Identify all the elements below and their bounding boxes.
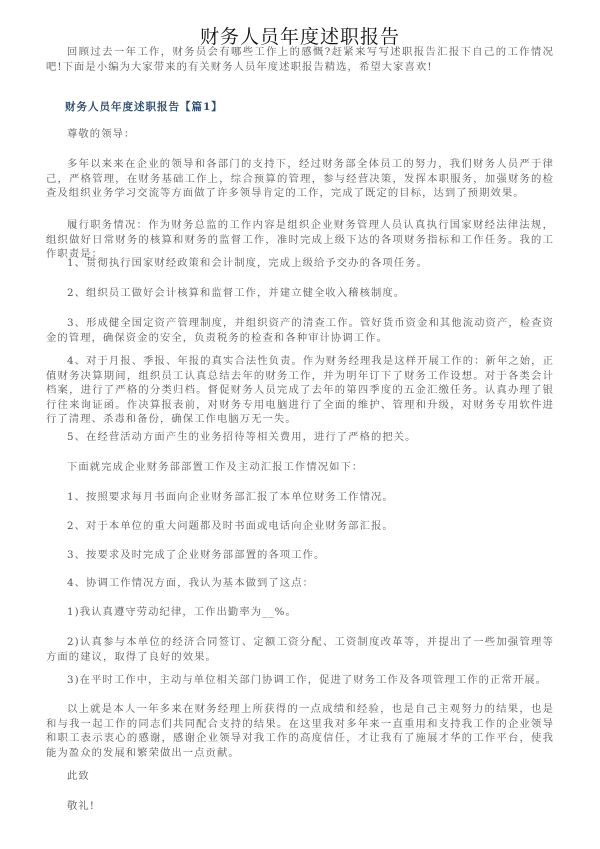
report-item-4: 4、协调工作情况方面，我认为基本做到了这点： (46, 576, 554, 591)
paragraph-summary: 多年以来来在企业的领导和各部门的支持下，经过财务部全体员工的努力，我们财务人员严… (46, 157, 554, 201)
duty-item-1: 1、贯彻执行国家财经政策和会计制度，完成上级给予交办的各项任务。 (46, 256, 554, 271)
report-item-1: 1、按照要求每月书面向企业财务部汇报了本单位财务工作情况。 (46, 490, 554, 505)
report-item-3: 3、按要求及时完成了企业财务部部置的各项工作。 (46, 548, 554, 563)
intro-paragraph: 回顾过去一年工作，财务员会有哪些工作上的感慨?赶紧来写写述职报告汇报下自己的工作… (46, 45, 554, 74)
coordination-item-2: 2)认真参与本单位的经济合同签订、定额工资分配、工资制度改革等，并提出了一些加强… (46, 635, 554, 664)
closing-line-2: 敬礼! (46, 799, 554, 814)
duty-item-4: 4、对于月报、季报、年报的真实合法性负责。作为财务经理我是这样开展工作的：新年之… (46, 354, 554, 427)
closing-line-1: 此致 (46, 769, 554, 784)
salutation: 尊敬的领导： (46, 127, 554, 142)
duty-item-3: 3、形成健全国定资产管理制度，并组织资产的清查工作。管好货币资金和其他流动资产，… (46, 316, 554, 345)
duty-item-2: 2、组织员工做好会计核算和监督工作，并建立健全收入稽核制度。 (46, 286, 554, 301)
coordination-item-1: 1)我认真遵守劳动纪律，工作出勤率为__%。 (46, 605, 554, 620)
conclusion-paragraph: 以上就是本人一年多来在财务经理上所获得的一点成绩和经验，也是自己主观努力的结果，… (46, 702, 554, 760)
report-item-2: 2、对于本单位的重大问题都及时书面或电话向企业财务部汇报。 (46, 519, 554, 534)
report-intro: 下面就完成企业财务部部置工作及主动汇报工作情况如下： (46, 460, 554, 475)
coordination-item-3: 3)在平时工作中，主动与单位相关部门协调工作，促进了财务工作及各项管理工作的正常… (46, 673, 554, 688)
section-heading: 财务人员年度述职报告【篇1】 (65, 99, 223, 114)
duty-item-5: 5、在经营活动方面产生的业务招待等相关费用，进行了严格的把关。 (46, 430, 554, 445)
document-page: 财务人员年度述职报告 回顾过去一年工作，财务员会有哪些工作上的感慨?赶紧来写写述… (0, 0, 600, 849)
